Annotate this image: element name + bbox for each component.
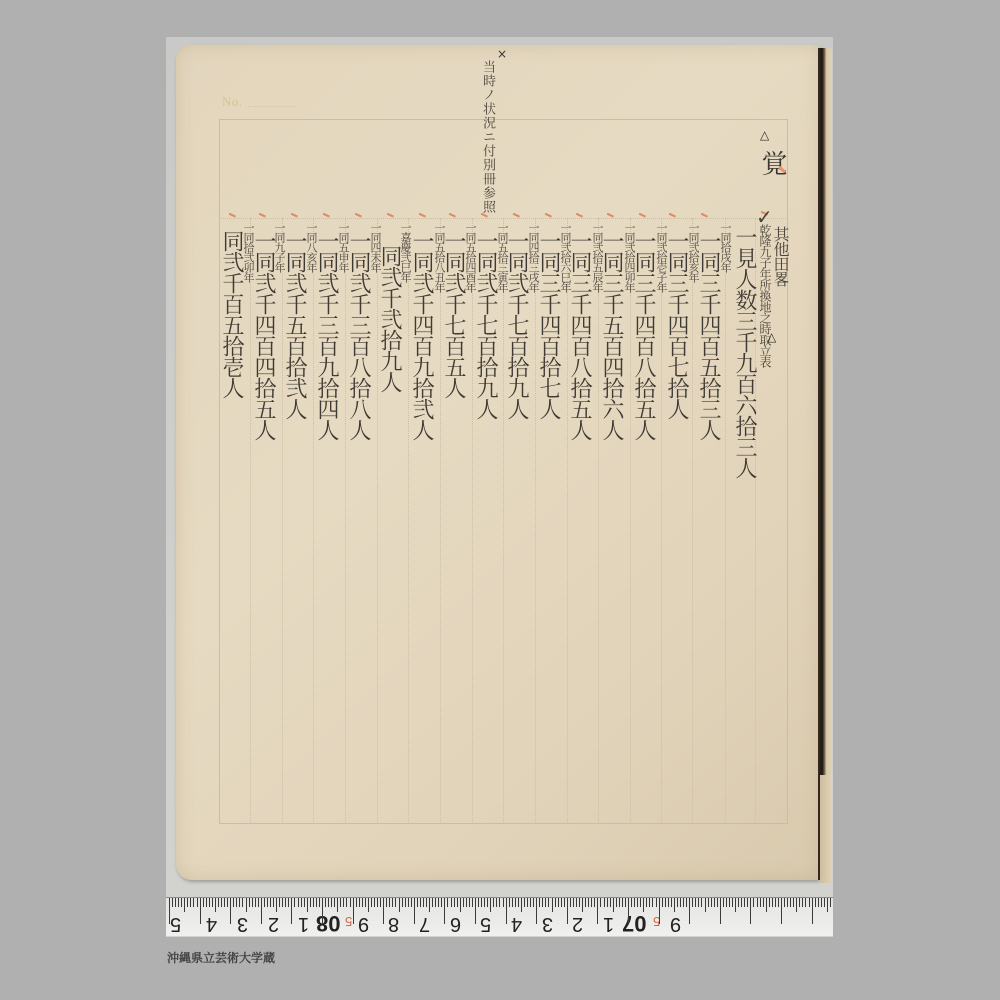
entry-column: 同弐千百五拾壱人 bbox=[220, 230, 242, 398]
ruler-tick bbox=[362, 898, 363, 907]
ruler-tick bbox=[475, 898, 476, 924]
ruler-tick bbox=[524, 898, 525, 907]
ruler-tick bbox=[753, 898, 754, 907]
ruler-tick bbox=[732, 898, 733, 907]
ruler-number: 1 bbox=[298, 912, 309, 935]
ruler-tick bbox=[215, 898, 216, 912]
ruler-tick bbox=[555, 898, 556, 907]
ruler-number: 4 bbox=[511, 912, 522, 935]
ruler-tick bbox=[729, 898, 730, 907]
ruler-tick bbox=[757, 898, 758, 907]
ruler-tick bbox=[695, 898, 696, 907]
ruler-tick bbox=[203, 898, 204, 907]
ruler-tick bbox=[484, 898, 485, 907]
ruler-tick bbox=[487, 898, 488, 907]
ruler-tick bbox=[193, 898, 194, 907]
ruler-tick bbox=[350, 898, 351, 907]
ruler-tick bbox=[258, 898, 259, 907]
ruler-tick bbox=[527, 898, 528, 907]
ruler-number: 6 bbox=[450, 912, 461, 935]
ruler-tick bbox=[793, 898, 794, 907]
ruler-tick bbox=[346, 898, 347, 907]
ruler-tick bbox=[261, 898, 262, 924]
binding-spine-lower bbox=[820, 775, 832, 883]
collection-caption: 沖縄県立芸術大学蔵 bbox=[167, 949, 275, 966]
ruler-tick bbox=[221, 898, 222, 907]
ruler-number: 1 bbox=[603, 912, 614, 935]
entry-era: 一同五拾八丑年 bbox=[434, 222, 445, 292]
ruler-tick bbox=[701, 898, 702, 907]
ruler-tick bbox=[503, 898, 504, 907]
ruler-tick bbox=[735, 898, 736, 912]
ruler-tick bbox=[276, 898, 277, 912]
ruler-tick bbox=[622, 898, 623, 907]
entry-era: 一同弐拾六巳年 bbox=[560, 222, 571, 292]
ruler-tick bbox=[365, 898, 366, 907]
triangle-mark: △ bbox=[767, 330, 776, 344]
ruler-tick bbox=[175, 898, 176, 907]
ruler-tick bbox=[218, 898, 219, 907]
ruler-number: 9 bbox=[670, 912, 681, 935]
ruler-tick bbox=[518, 898, 519, 907]
ruler-tick bbox=[760, 898, 761, 907]
entry-column: 一同弐千三百九拾四人 bbox=[315, 230, 337, 440]
ruler-tick bbox=[383, 898, 384, 924]
ruler-number: 5 bbox=[345, 914, 352, 929]
ruler-tick bbox=[331, 898, 332, 907]
ruler-tick bbox=[802, 898, 803, 907]
ruler-tick bbox=[533, 898, 534, 907]
ruler-tick bbox=[747, 898, 748, 907]
triangle-mark: △ bbox=[760, 128, 769, 142]
ruler-tick bbox=[282, 898, 283, 907]
ruler-number: 08 bbox=[316, 910, 340, 936]
ruler-tick bbox=[600, 898, 601, 907]
ruler-tick bbox=[478, 898, 479, 907]
ruler-tick bbox=[607, 898, 608, 907]
ruler-tick bbox=[343, 898, 344, 907]
ruler-tick bbox=[298, 898, 299, 907]
ruler-tick bbox=[230, 898, 231, 924]
ruler-tick bbox=[255, 898, 256, 907]
entry-column: 一同弐千三百八拾八人 bbox=[347, 230, 369, 440]
entry-era: 一同弐拾五辰年 bbox=[592, 222, 603, 292]
ruler-number: 3 bbox=[237, 912, 248, 935]
ruler-number: 9 bbox=[358, 912, 369, 935]
number-label: No. bbox=[222, 94, 243, 110]
ruler-tick bbox=[708, 898, 709, 907]
ruler-tick bbox=[830, 898, 831, 907]
header-note: 乾隆九子年所換地之時取立表 bbox=[759, 224, 771, 367]
entry-era: 一同弐拾四卯年 bbox=[624, 222, 635, 292]
ruler-tick bbox=[628, 898, 629, 924]
ruler-tick bbox=[206, 898, 207, 907]
ruler-number: 3 bbox=[542, 912, 553, 935]
ruler-tick bbox=[181, 898, 182, 907]
ruler-tick bbox=[270, 898, 271, 907]
ruler-tick bbox=[472, 898, 473, 907]
ruler-tick bbox=[322, 898, 323, 924]
ruler-tick bbox=[775, 898, 776, 907]
ruler-tick bbox=[640, 898, 641, 907]
ruler-number: 8 bbox=[388, 912, 399, 935]
ruler-tick bbox=[726, 898, 727, 907]
ruler-tick bbox=[809, 898, 810, 907]
ruler-tick bbox=[307, 898, 308, 912]
ruler-tick bbox=[683, 898, 684, 907]
ruler-tick bbox=[796, 898, 797, 912]
ruler-tick bbox=[389, 898, 390, 907]
ruler-tick bbox=[686, 898, 687, 907]
cross-mark: × bbox=[497, 47, 507, 61]
ruler-tick bbox=[616, 898, 617, 907]
ruler-tick bbox=[576, 898, 577, 907]
ruler-tick bbox=[447, 898, 448, 907]
ruler-tick bbox=[625, 898, 626, 907]
ruler-tick bbox=[310, 898, 311, 907]
ruler-tick bbox=[827, 898, 828, 912]
ruler-tick bbox=[252, 898, 253, 907]
entry-column: 一同弐千四百九拾弐人 bbox=[410, 230, 432, 440]
ruler-tick bbox=[304, 898, 305, 907]
ruler-tick bbox=[294, 898, 295, 907]
entry-era: 一同五拾四酉年 bbox=[465, 222, 476, 292]
ruler-tick bbox=[790, 898, 791, 907]
ruler-tick bbox=[187, 898, 188, 907]
ruler-tick bbox=[209, 898, 210, 907]
document-title: 覚 bbox=[754, 150, 791, 176]
ruler-tick bbox=[460, 898, 461, 912]
entry-era: 一同弐拾壱子年 bbox=[656, 222, 667, 292]
ruler-tick bbox=[288, 898, 289, 907]
ruler-tick bbox=[435, 898, 436, 907]
ruler-tick bbox=[619, 898, 620, 907]
ruler-tick bbox=[784, 898, 785, 907]
ruler-tick bbox=[432, 898, 433, 907]
ruler-tick bbox=[585, 898, 586, 907]
ruler-tick bbox=[414, 898, 415, 924]
ruler-tick bbox=[772, 898, 773, 907]
ruler-tick bbox=[668, 898, 669, 907]
entry-era: 一同四拾三戌年 bbox=[528, 222, 539, 292]
ruler-tick bbox=[741, 898, 742, 907]
ruler-tick bbox=[356, 898, 357, 907]
ruler-tick bbox=[426, 898, 427, 907]
ruler-tick bbox=[451, 898, 452, 907]
ruler-tick bbox=[353, 898, 354, 924]
ruler-tick bbox=[781, 898, 782, 924]
ruler-tick bbox=[812, 898, 813, 924]
ruler-tick bbox=[597, 898, 598, 924]
ruler-tick bbox=[285, 898, 286, 907]
ruler-tick bbox=[561, 898, 562, 907]
ruler-tick bbox=[490, 898, 491, 912]
ruler-tick bbox=[677, 898, 678, 907]
ruler-tick bbox=[750, 898, 751, 924]
ruler-tick bbox=[570, 898, 571, 907]
ruler-tick bbox=[417, 898, 418, 907]
ruler-tick bbox=[408, 898, 409, 907]
ruler-tick bbox=[402, 898, 403, 907]
ruler-tick bbox=[659, 898, 660, 924]
ruler-tick bbox=[805, 898, 806, 907]
ruler-tick bbox=[680, 898, 681, 907]
ruler-tick bbox=[545, 898, 546, 907]
ruler-tick bbox=[720, 898, 721, 924]
ruler-tick bbox=[493, 898, 494, 907]
ruler-number: 4 bbox=[206, 912, 217, 935]
ruler-tick bbox=[496, 898, 497, 907]
ruler-tick bbox=[634, 898, 635, 907]
ruler-tick bbox=[652, 898, 653, 907]
ruler-number: 5 bbox=[170, 912, 181, 935]
ruler-tick bbox=[172, 898, 173, 907]
ruler-tick bbox=[392, 898, 393, 907]
ruler-tick bbox=[457, 898, 458, 907]
entry-column: 一同弐千四百四拾五人 bbox=[252, 230, 274, 440]
ruler-tick bbox=[319, 898, 320, 907]
ruler-tick bbox=[506, 898, 507, 924]
ruler-tick bbox=[769, 898, 770, 907]
ruler-tick bbox=[420, 898, 421, 907]
ruler-tick bbox=[264, 898, 265, 907]
ruler-tick bbox=[423, 898, 424, 907]
ruler-tick bbox=[279, 898, 280, 907]
ruler-tick bbox=[821, 898, 822, 907]
column-rule bbox=[692, 218, 693, 822]
ruler-tick bbox=[579, 898, 580, 907]
ruler-tick bbox=[705, 898, 706, 912]
ruler-tick bbox=[190, 898, 191, 907]
ruler-tick bbox=[313, 898, 314, 907]
measuring-ruler: 5 4 3 2 1 08 5 9 8 7 6 5 4 3 2 1 07 5 9 bbox=[166, 897, 833, 936]
ruler-tick bbox=[169, 898, 170, 924]
ruler-number: 2 bbox=[268, 912, 279, 935]
ruler-tick bbox=[799, 898, 800, 907]
ruler-tick bbox=[178, 898, 179, 907]
ruler-tick bbox=[613, 898, 614, 912]
ruler-tick bbox=[610, 898, 611, 907]
ruler-tick bbox=[325, 898, 326, 907]
ruler-tick bbox=[380, 898, 381, 907]
ruler-tick bbox=[558, 898, 559, 907]
ruler-tick bbox=[411, 898, 412, 907]
ruler-tick bbox=[509, 898, 510, 907]
ruler-tick bbox=[242, 898, 243, 907]
ruler-tick bbox=[689, 898, 690, 924]
ruler-tick bbox=[291, 898, 292, 924]
ruler-tick bbox=[316, 898, 317, 907]
ruler-tick bbox=[212, 898, 213, 907]
ruler-tick bbox=[530, 898, 531, 907]
ruler-number: 7 bbox=[419, 912, 430, 935]
ruler-tick bbox=[643, 898, 644, 912]
ruler-tick bbox=[233, 898, 234, 907]
ruler-number: 2 bbox=[572, 912, 583, 935]
entry-era: 一同五申年 bbox=[338, 222, 349, 272]
ruler-tick bbox=[371, 898, 372, 907]
ruler-tick bbox=[441, 898, 442, 907]
ruler-tick bbox=[671, 898, 672, 907]
ruler-tick bbox=[466, 898, 467, 907]
ruler-tick bbox=[386, 898, 387, 907]
ruler-tick bbox=[359, 898, 360, 907]
ruler-tick bbox=[444, 898, 445, 924]
ruler-tick bbox=[328, 898, 329, 907]
ruler-tick bbox=[594, 898, 595, 907]
ruler-tick bbox=[454, 898, 455, 907]
entry-column: 一同三千四百五拾三人 bbox=[697, 230, 719, 440]
ruler-tick bbox=[521, 898, 522, 912]
entry-era: 一同五拾三寅年 bbox=[497, 222, 508, 292]
ruler-tick bbox=[499, 898, 500, 907]
ruler-tick bbox=[763, 898, 764, 907]
ruler-tick bbox=[429, 898, 430, 912]
ruler-tick bbox=[399, 898, 400, 912]
entry-column: 一同三千四百拾七人 bbox=[537, 230, 559, 419]
ruler-tick bbox=[515, 898, 516, 907]
ruler-tick bbox=[766, 898, 767, 912]
ruler-tick bbox=[395, 898, 396, 907]
column-rule bbox=[661, 218, 662, 822]
ruler-tick bbox=[249, 898, 250, 907]
ruler-tick bbox=[536, 898, 537, 924]
ruler-tick bbox=[548, 898, 549, 907]
ruler-tick bbox=[405, 898, 406, 907]
ruler-tick bbox=[567, 898, 568, 924]
entry-era: 一同八亥年 bbox=[306, 222, 317, 272]
ruler-tick bbox=[646, 898, 647, 907]
binding-spine bbox=[818, 48, 832, 880]
ruler-tick bbox=[239, 898, 240, 907]
ruler-tick bbox=[787, 898, 788, 907]
entry-column: 一同三千四百七拾人 bbox=[665, 230, 687, 419]
ruler-tick bbox=[665, 898, 666, 907]
ruler-tick bbox=[714, 898, 715, 907]
ruler-tick bbox=[692, 898, 693, 907]
ruler-tick bbox=[573, 898, 574, 907]
ruler-tick bbox=[267, 898, 268, 907]
number-field-line bbox=[248, 106, 296, 107]
ruler-tick bbox=[582, 898, 583, 912]
ruler-tick bbox=[542, 898, 543, 907]
ruler-tick bbox=[738, 898, 739, 907]
ruler-tick bbox=[674, 898, 675, 912]
ruler-tick bbox=[463, 898, 464, 907]
ruler-tick bbox=[246, 898, 247, 912]
entry-era: 一同四未年 bbox=[370, 222, 381, 272]
ruler-tick bbox=[374, 898, 375, 907]
ruler-tick bbox=[778, 898, 779, 907]
ruler-tick bbox=[539, 898, 540, 907]
ruler-tick bbox=[711, 898, 712, 907]
entry-era: 一同拾戌年 bbox=[720, 222, 731, 272]
entry-era: 一同弐拾亥年 bbox=[688, 222, 699, 282]
side-note: 其他田畧 bbox=[772, 226, 788, 286]
ruler-tick bbox=[438, 898, 439, 907]
ruler-tick bbox=[224, 898, 225, 907]
ruler-tick bbox=[698, 898, 699, 907]
ruler-tick bbox=[744, 898, 745, 907]
entry-era: 一同拾弐卯年 bbox=[243, 222, 254, 282]
ruler-tick bbox=[815, 898, 816, 907]
ruler-tick bbox=[604, 898, 605, 907]
ruler-number: 5 bbox=[480, 912, 491, 935]
ruler-tick bbox=[236, 898, 237, 907]
top-annotation: 当時ノ状況ニ付別冊参照 bbox=[481, 60, 494, 214]
ruler-tick bbox=[637, 898, 638, 907]
ruler-tick bbox=[340, 898, 341, 907]
ruler-tick bbox=[469, 898, 470, 907]
ruler-tick bbox=[588, 898, 589, 907]
ruler-tick bbox=[591, 898, 592, 907]
entry-column: 一見人数三千九百六拾三人 bbox=[733, 226, 755, 478]
ruler-tick bbox=[368, 898, 369, 912]
ruler-tick bbox=[818, 898, 819, 907]
ruler-tick bbox=[552, 898, 553, 912]
ruler-tick bbox=[656, 898, 657, 907]
ruler-tick bbox=[723, 898, 724, 907]
ruler-tick bbox=[301, 898, 302, 907]
ruler-number: 07 bbox=[622, 910, 646, 936]
ruler-tick bbox=[824, 898, 825, 907]
ruler-tick bbox=[337, 898, 338, 912]
ruler-tick bbox=[717, 898, 718, 907]
ruler-tick bbox=[481, 898, 482, 907]
entry-column: 一同弐千五百拾弐人 bbox=[283, 230, 305, 419]
entry-column: 一同弐千七百拾九人 bbox=[474, 230, 496, 419]
ruler-tick bbox=[334, 898, 335, 907]
ruler-tick bbox=[564, 898, 565, 907]
ruler-tick bbox=[184, 898, 185, 912]
ruler-tick bbox=[197, 898, 198, 907]
column-rule bbox=[725, 218, 726, 822]
ruler-tick bbox=[512, 898, 513, 907]
ruler-tick bbox=[227, 898, 228, 907]
ruler-tick bbox=[377, 898, 378, 907]
ruler-tick bbox=[662, 898, 663, 907]
ruler-tick bbox=[631, 898, 632, 907]
ruler-tick bbox=[649, 898, 650, 907]
ruler-tick bbox=[273, 898, 274, 907]
ruler-tick bbox=[200, 898, 201, 924]
